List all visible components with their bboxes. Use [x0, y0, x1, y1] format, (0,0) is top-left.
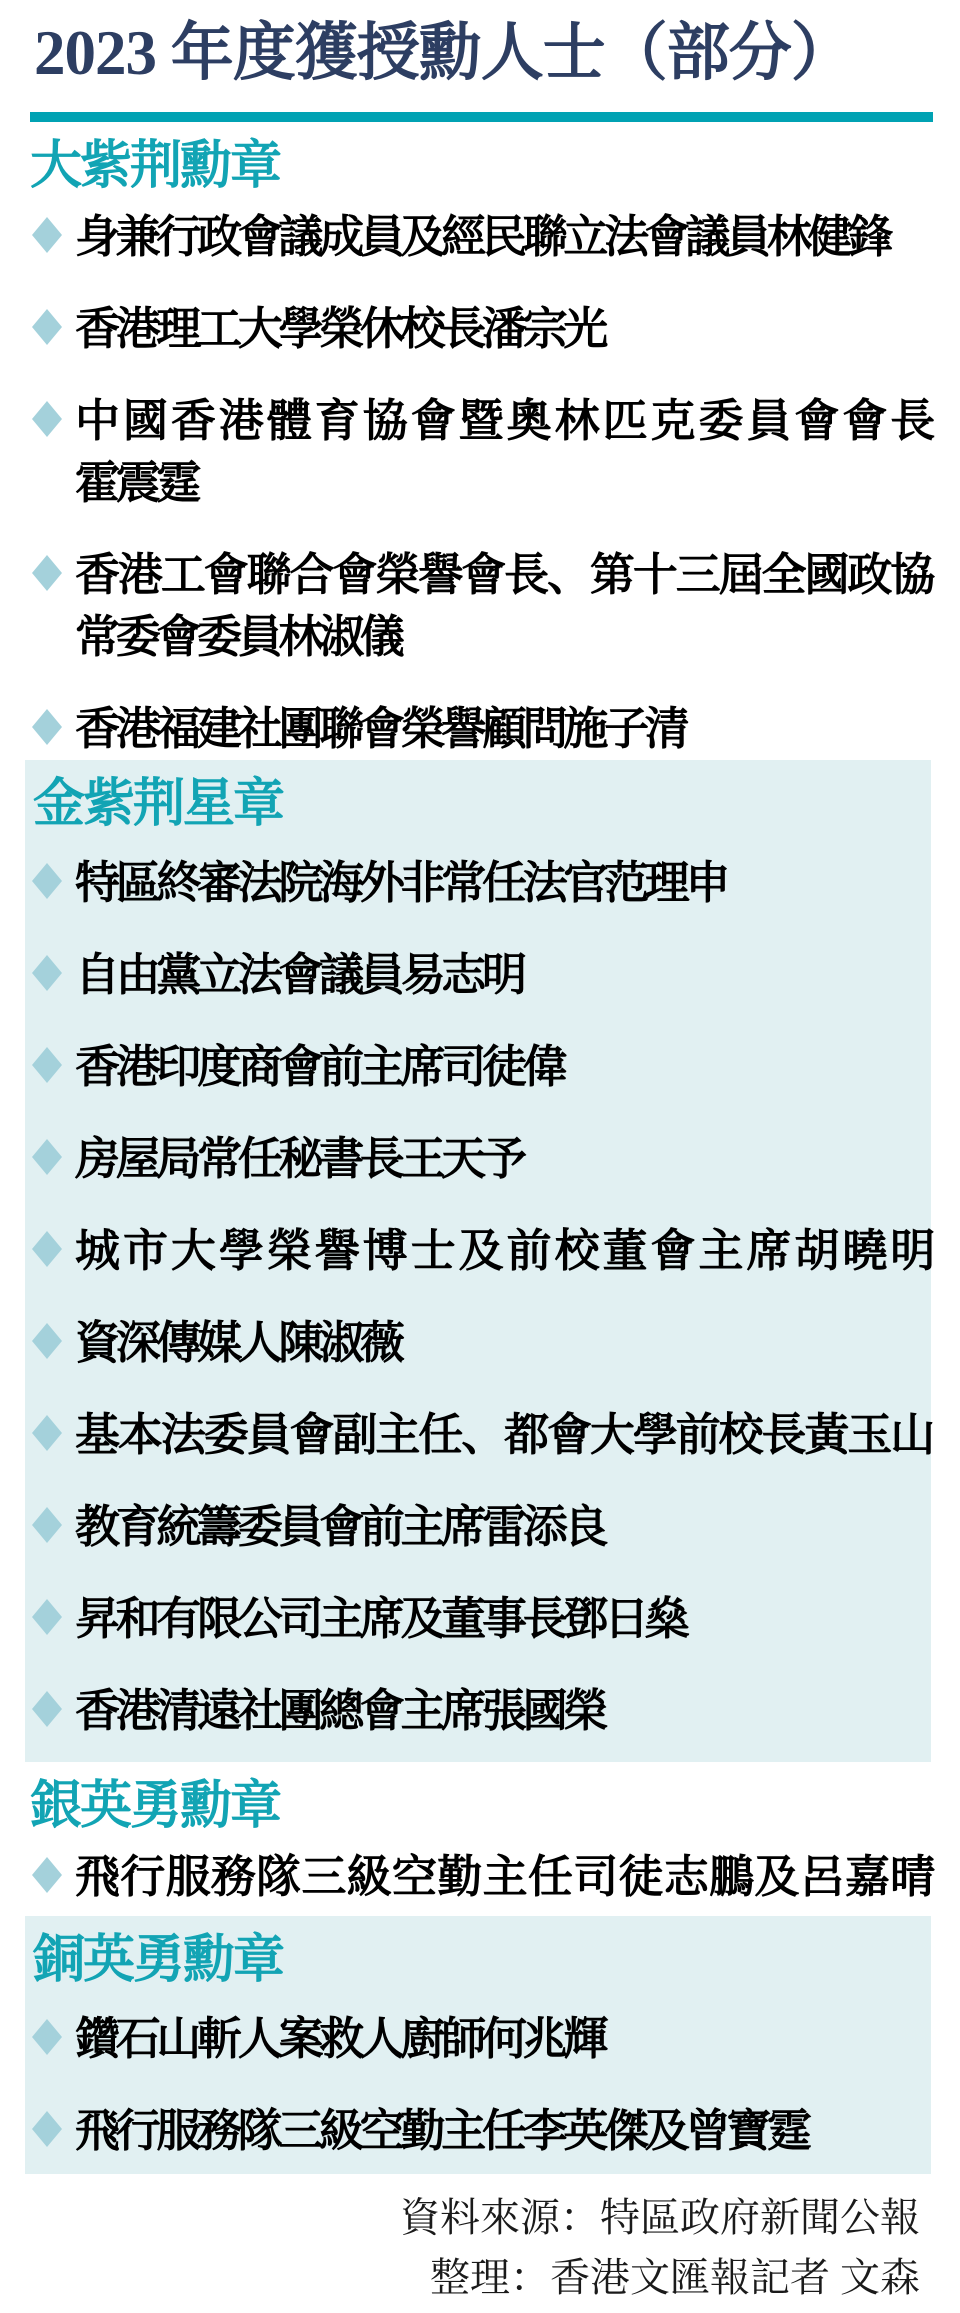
diamond-bullet-icon	[32, 1857, 62, 1893]
item-text: 身兼行政會議成員及經民聯立法會議員林健鋒	[75, 206, 931, 268]
list-item: 香港清遠社團總會主席張國榮	[30, 1680, 931, 1742]
diamond-bullet-icon	[32, 1231, 62, 1267]
diamond-bullet-icon	[32, 1323, 62, 1359]
list-item: 香港工會聯合會榮譽會長、第十三屆全國政協 常委會委員林淑儀	[30, 544, 931, 668]
list-item: 自由黨立法會議員易志明	[30, 944, 931, 1006]
section-heading: 銅英勇勳章	[33, 1934, 931, 1986]
diamond-bullet-icon	[32, 555, 62, 591]
list-item: 昇和有限公司主席及董事長鄧日燊	[30, 1588, 931, 1650]
diamond-bullet-icon	[32, 1415, 62, 1451]
item-text: 基本法委員會副主任、都會大學前校長黃玉山	[75, 1404, 931, 1466]
list-item: 中國香港體育協會暨奧林匹克委員會會長 霍震霆	[30, 390, 931, 514]
item-text: 中國香港體育協會暨奧林匹克委員會會長	[75, 390, 931, 452]
list-item: 特區終審法院海外非常任法官范理申	[30, 852, 931, 914]
diamond-bullet-icon	[32, 863, 62, 899]
item-text: 香港理工大學榮休校長潘宗光	[75, 298, 931, 360]
item-text: 香港清遠社團總會主席張國榮	[75, 1680, 931, 1742]
item-text: 昇和有限公司主席及董事長鄧日燊	[75, 1588, 931, 1650]
diamond-bullet-icon	[32, 309, 62, 345]
section-bronze-bravery: 銅英勇勳章 鑽石山斬人案救人廚師何兆輝 飛行服務隊三級空勤主任李英傑及曾寶霆	[25, 1916, 931, 2174]
diamond-bullet-icon	[32, 709, 62, 745]
item-text: 城市大學榮譽博士及前校董會主席胡曉明	[75, 1220, 931, 1282]
item-text: 資深傳媒人陳淑薇	[75, 1312, 931, 1374]
section-grand-bauhinia: 大紫荆勳章 身兼行政會議成員及經民聯立法會議員林健鋒 香港理工大學榮休校長潘宗光…	[0, 140, 960, 760]
section-heading: 金紫荆星章	[33, 778, 931, 830]
section-heading: 大紫荆勳章	[30, 140, 931, 192]
diamond-bullet-icon	[32, 1691, 62, 1727]
footer-source: 資料來源：特區政府新聞公報	[0, 2188, 920, 2248]
infographic-page: 2023 年度獲授勳人士（部分） 大紫荆勳章 身兼行政會議成員及經民聯立法會議員…	[0, 0, 960, 2313]
item-text: 飛行服務隊三級空勤主任李英傑及曾寶霆	[75, 2100, 931, 2162]
diamond-bullet-icon	[32, 2111, 62, 2147]
diamond-bullet-icon	[32, 1507, 62, 1543]
item-text: 自由黨立法會議員易志明	[75, 944, 931, 1006]
diamond-bullet-icon	[32, 1599, 62, 1635]
item-text: 霍震霆	[75, 452, 931, 514]
section-gold-bauhinia: 金紫荆星章 特區終審法院海外非常任法官范理申 自由黨立法會議員易志明 香港印度商…	[25, 760, 931, 1762]
item-text: 香港印度商會前主席司徒偉	[75, 1036, 931, 1098]
list-item: 城市大學榮譽博士及前校董會主席胡曉明	[30, 1220, 931, 1282]
list-item: 香港理工大學榮休校長潘宗光	[30, 298, 931, 360]
list-item: 資深傳媒人陳淑薇	[30, 1312, 931, 1374]
list-item: 香港印度商會前主席司徒偉	[30, 1036, 931, 1098]
diamond-bullet-icon	[32, 2019, 62, 2055]
item-text: 飛行服務隊三級空勤主任司徒志鵬及呂嘉晴	[75, 1846, 931, 1908]
list-item: 房屋局常任秘書長王天予	[30, 1128, 931, 1190]
list-item: 鑽石山斬人案救人廚師何兆輝	[30, 2008, 931, 2070]
list-item: 飛行服務隊三級空勤主任司徒志鵬及呂嘉晴	[30, 1846, 931, 1908]
item-text: 常委會委員林淑儀	[75, 606, 931, 668]
item-text: 房屋局常任秘書長王天予	[75, 1128, 931, 1190]
title-divider	[30, 112, 933, 122]
list-item: 基本法委員會副主任、都會大學前校長黃玉山	[30, 1404, 931, 1466]
item-text: 鑽石山斬人案救人廚師何兆輝	[75, 2008, 931, 2070]
list-item: 飛行服務隊三級空勤主任李英傑及曾寶霆	[30, 2100, 931, 2162]
diamond-bullet-icon	[32, 955, 62, 991]
footer-credit: 整理：香港文匯報記者 文森	[0, 2248, 920, 2308]
list-item: 教育統籌委員會前主席雷添良	[30, 1496, 931, 1558]
page-title: 2023 年度獲授勳人士（部分）	[34, 14, 940, 92]
section-heading: 銀英勇勳章	[30, 1780, 931, 1832]
diamond-bullet-icon	[32, 401, 62, 437]
list-item: 香港福建社團聯會榮譽顧問施子清	[30, 698, 931, 760]
diamond-bullet-icon	[32, 1139, 62, 1175]
item-text: 教育統籌委員會前主席雷添良	[75, 1496, 931, 1558]
list-item: 身兼行政會議成員及經民聯立法會議員林健鋒	[30, 206, 931, 268]
diamond-bullet-icon	[32, 1047, 62, 1083]
item-text: 香港工會聯合會榮譽會長、第十三屆全國政協	[75, 544, 931, 606]
diamond-bullet-icon	[32, 217, 62, 253]
item-text: 特區終審法院海外非常任法官范理申	[75, 852, 931, 914]
section-silver-bravery: 銀英勇勳章 飛行服務隊三級空勤主任司徒志鵬及呂嘉晴	[0, 1780, 960, 1908]
footer: 資料來源：特區政府新聞公報 整理：香港文匯報記者 文森	[0, 2188, 960, 2308]
item-text: 香港福建社團聯會榮譽顧問施子清	[75, 698, 931, 760]
